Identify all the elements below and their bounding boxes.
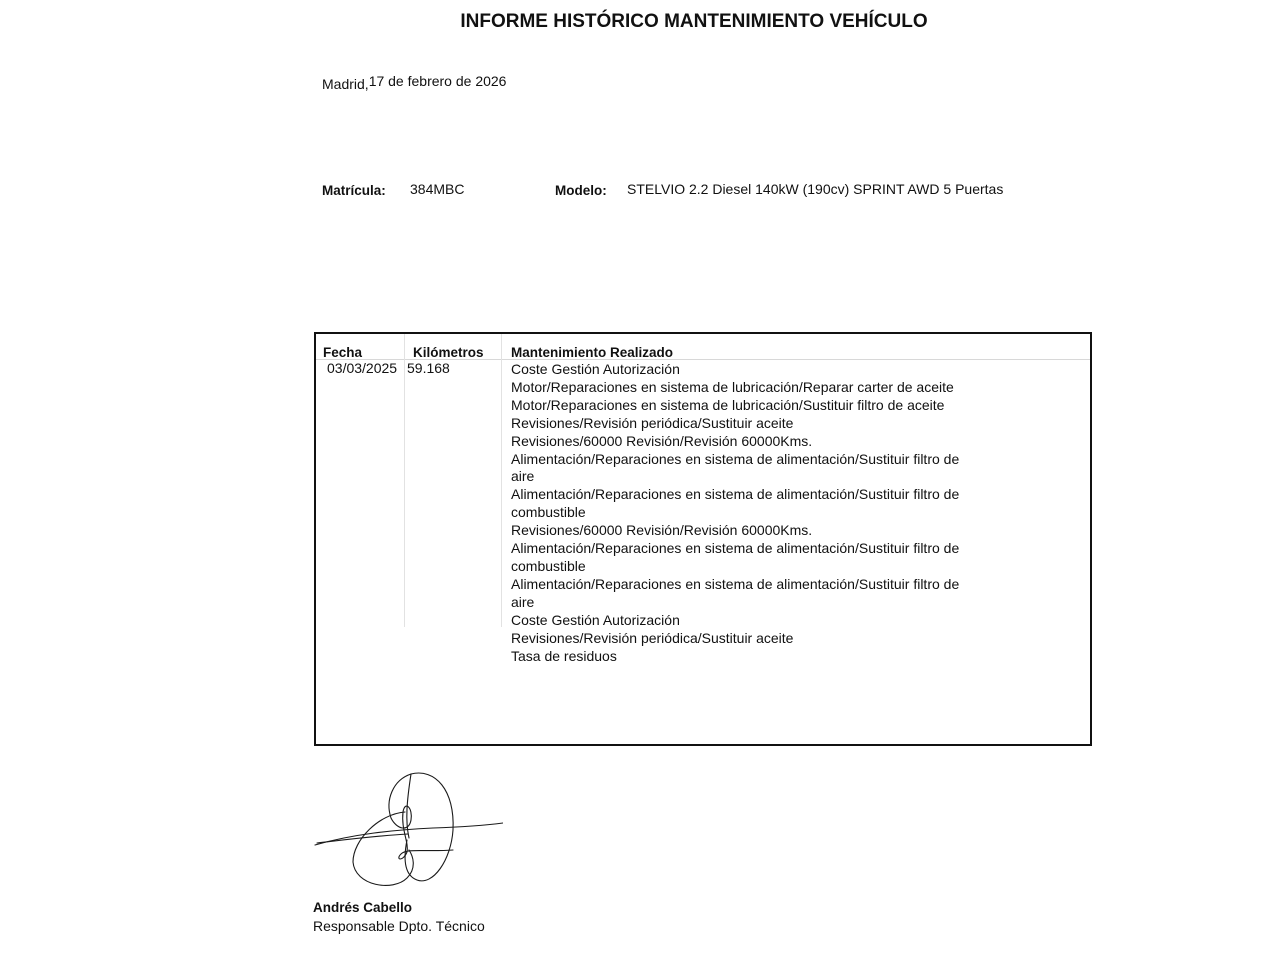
header-km: Kilómetros xyxy=(413,345,484,360)
maintenance-item: Alimentación/Reparaciones en sistema de … xyxy=(511,576,981,612)
report-title: INFORME HISTÓRICO MANTENIMIENTO VEHÍCULO xyxy=(0,11,1280,33)
maintenance-item: Coste Gestión Autorización xyxy=(511,612,981,630)
maintenance-item: Alimentación/Reparaciones en sistema de … xyxy=(511,451,981,487)
row-km: 59.168 xyxy=(407,360,450,376)
maintenance-item: Alimentación/Reparaciones en sistema de … xyxy=(511,486,981,522)
column-divider xyxy=(501,334,502,627)
column-divider xyxy=(404,334,405,627)
city: Madrid, xyxy=(322,76,369,92)
signer-name: Andrés Cabello xyxy=(313,900,412,915)
maintenance-item: Revisiones/Revisión periódica/Sustituir … xyxy=(511,630,981,648)
model-value: STELVIO 2.2 Diesel 140kW (190cv) SPRINT … xyxy=(627,181,1003,197)
maintenance-item: Tasa de residuos xyxy=(511,648,981,666)
report-title-text: INFORME HISTÓRICO MANTENIMIENTO VEHÍCULO xyxy=(460,11,927,33)
maintenance-table: Fecha Kilómetros Mantenimiento Realizado… xyxy=(314,332,1092,746)
report-date: 17 de febrero de 2026 xyxy=(369,73,507,89)
signature-icon xyxy=(313,770,503,892)
maintenance-item: Motor/Reparaciones en sistema de lubrica… xyxy=(511,397,981,415)
maintenance-item: Coste Gestión Autorización xyxy=(511,361,981,379)
maintenance-item: Alimentación/Reparaciones en sistema de … xyxy=(511,540,981,576)
model-label: Modelo: xyxy=(555,183,607,198)
maintenance-items: Coste Gestión AutorizaciónMotor/Reparaci… xyxy=(511,361,981,665)
maintenance-item: Revisiones/60000 Revisión/Revisión 60000… xyxy=(511,433,981,451)
place-date: Madrid,17 de febrero de 2026 xyxy=(322,73,506,89)
maintenance-item: Revisiones/60000 Revisión/Revisión 60000… xyxy=(511,522,981,540)
maintenance-item: Revisiones/Revisión periódica/Sustituir … xyxy=(511,415,981,433)
plate-label: Matrícula: xyxy=(322,183,386,198)
header-date: Fecha xyxy=(323,345,362,360)
signer-role: Responsable Dpto. Técnico xyxy=(313,918,485,934)
maintenance-item: Motor/Reparaciones en sistema de lubrica… xyxy=(511,379,981,397)
row-date: 03/03/2025 xyxy=(327,360,397,376)
header-maintenance: Mantenimiento Realizado xyxy=(511,345,673,360)
plate-value: 384MBC xyxy=(410,181,464,197)
